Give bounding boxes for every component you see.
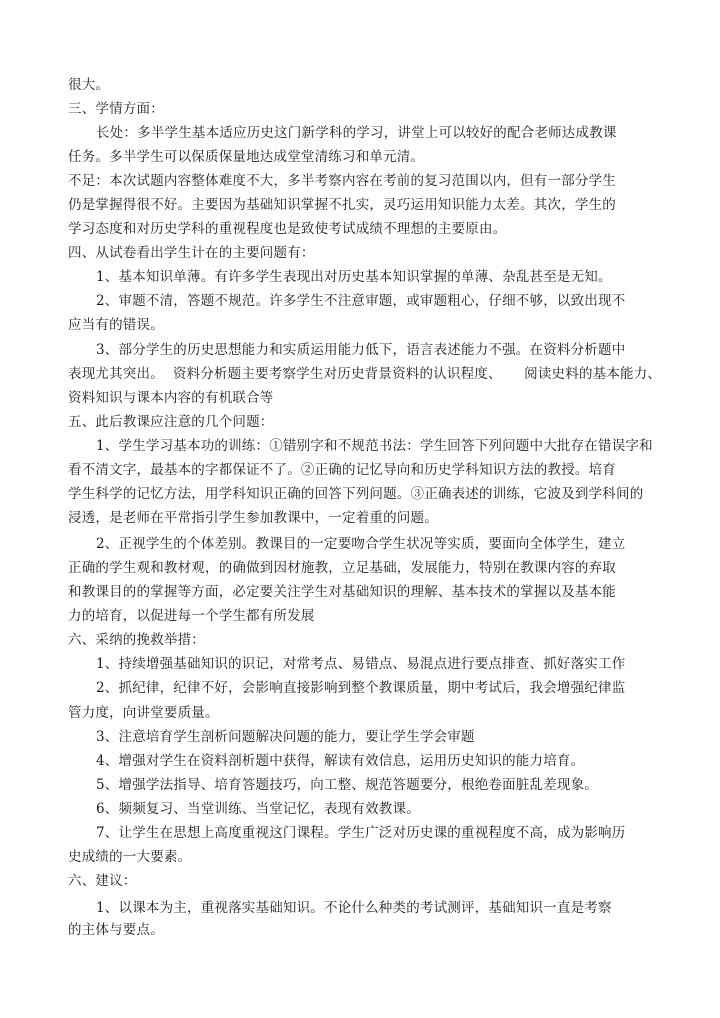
section-heading-suggestions: 六、建议：: [68, 873, 137, 889]
text-line: 管力度，向讲堂要质量。: [68, 705, 219, 721]
text-line: 学习态度和对历史学科的重视程度也是致使考试成绩不理想的主要原由。: [68, 221, 506, 237]
list-item: 1、持续增强基础知识的识记，对常考点、易错点、易混点进行要点排查、抓好落实工作: [96, 656, 625, 672]
section-heading-5: 五、此后教课应注意的几个问题：: [68, 414, 274, 430]
list-item: 2、抓纪律，纪律不好，会影响直接影响到整个教课质量，期中考试后，我会增强纪律监: [96, 680, 625, 696]
list-item: 1、学生学习基本功的训练：①错别字和不规范书法：学生回答下列问题中大批存在错误字…: [96, 438, 653, 454]
text-line: 浸透，是老师在平常指引学生参加教课中，一定着重的问题。: [68, 510, 438, 526]
text-line: 正确的学生观和教材观，的确做到因材施教，立足基础，发展能力，特别在教课内容的弃取: [68, 560, 616, 576]
list-item: 4、增强对学生在资料剖析题中获得，解读有效信息，运用历史知识的能力培育。: [96, 753, 584, 769]
list-item: 2、审题不清，答题不规范。许多学生不注意审题，或审题粗心，仔细不够，以致出现不: [96, 293, 625, 309]
document-page: 很大。 三、学情方面： 长处：多半学生基本适应历史这门新学科的学习，讲堂上可以较…: [0, 0, 720, 1018]
list-item: 1、以课本为主，重视落实基础知识。不论什么种类的考试测评，基础知识一直是考察: [96, 900, 612, 916]
section-heading-6: 六、采纳的挽救举措：: [68, 632, 205, 648]
list-item: 1、基本知识单薄。有许多学生表现出对历史基本知识掌握的单薄、杂乱甚至是无知。: [96, 269, 612, 285]
text-line: 和教课目的的掌握等方面，必定要关注学生对基础知识的理解、基本技术的掌握以及基本能: [68, 584, 616, 600]
list-item: 3、部分学生的历史思想能力和实质运用能力低下，语言表述能力不强。在资料分析题中: [96, 342, 625, 358]
text-line: 力的培育，以促进每一个学生都有所发展: [68, 608, 315, 624]
text-line: 史成绩的一大要素。: [68, 849, 191, 865]
text-line: 资料知识与课本内容的有机联合等: [68, 390, 274, 406]
text-line: 不足：本次试题内容整体难度不大，多半考察内容在考前的复习范围以内，但有一部分学生: [68, 173, 616, 189]
text-line: 表现尤其突出。 资料分析题主要考察学生对历史背景资料的认识程度、 阅读史料的基本…: [68, 366, 661, 382]
text-line: 学生科学的记忆方法，用学科知识正确的回答下列问题。③正确表述的训练，它波及到学科…: [68, 486, 643, 502]
section-heading-4: 四、从试卷看出学生计在的主要问题有：: [68, 245, 315, 261]
list-item: 3、注意培育学生剖析问题解决问题的能力，要让学生学会审题: [96, 729, 475, 745]
list-item: 5、增强学法指导、培育答题技巧，向工整、规范答题要分，根绝卷面脏乱差现象。: [96, 777, 598, 793]
text-line: 很大。: [68, 77, 109, 93]
text-line: 的主体与要点。: [68, 922, 164, 938]
list-item: 2、正视学生的个体差别。教课目的一定要吻合学生状况等实质，要面向全体学生，建立: [96, 536, 625, 552]
text-line: 任务。多半学生可以保质保量地达成堂堂清练习和单元清。: [68, 149, 424, 165]
list-item: 6、频频复习、当堂训练、当堂记忆，表现有效教课。: [96, 801, 420, 817]
list-item: 7、让学生在思想上高度重视这门课程。学生广泛对历史课的重视程度不高，成为影响历: [96, 825, 625, 841]
text-line: 长处：多半学生基本适应历史这门新学科的学习，讲堂上可以较好的配合老师达成教课: [96, 125, 617, 141]
text-line: 仍是掌握得很不好。主要因为基础知识掌握不扎实，灵巧运用知识能力太差。其次，学生的: [68, 197, 616, 213]
text-line: 应当有的错误。: [68, 317, 164, 333]
section-heading-3: 三、学情方面：: [68, 101, 164, 117]
text-line: 看不清文字，最基本的字都保证不了。②正确的记忆导向和历史学科知识方法的教授。培育: [68, 462, 616, 478]
